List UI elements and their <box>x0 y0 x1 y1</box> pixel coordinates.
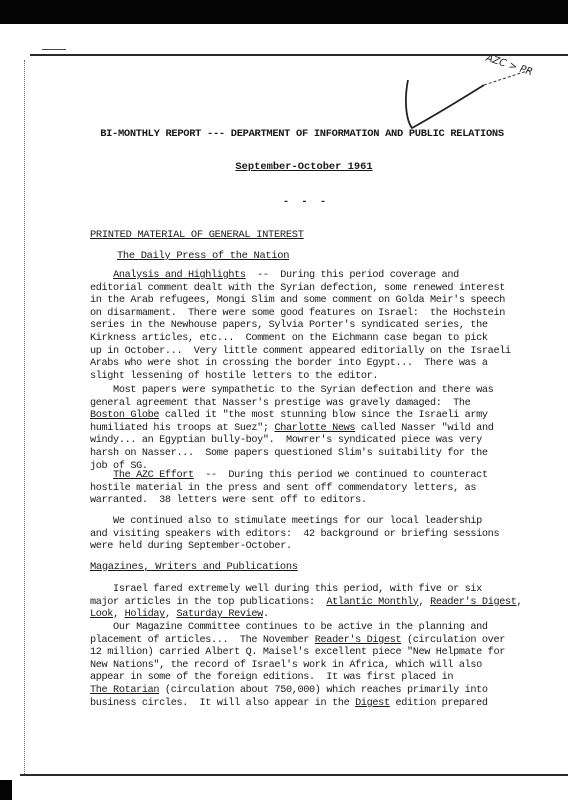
text-line: Our Magazine Committee continues to be a… <box>90 622 520 635</box>
text-line: up in October... Very little comment app… <box>90 346 520 359</box>
text-line: slight lessening of hostile letters to t… <box>90 371 520 384</box>
text-line: business circles. It will also appear in… <box>90 698 520 711</box>
text-line: hostile material in the press and sent o… <box>90 483 520 496</box>
scan-top-border <box>0 0 568 24</box>
text-line: Boston Globe called it "the most stunnin… <box>90 410 520 423</box>
section-heading: PRINTED MATERIAL OF GENERAL INTEREST <box>90 229 304 241</box>
text-line: Look, Holiday, Saturday Review. <box>90 609 520 622</box>
text-line: The Rotarian (circulation about 750,000)… <box>90 685 520 698</box>
text-line: We continued also to stimulate meetings … <box>90 516 520 529</box>
paragraph-syrian-defection: Most papers were sympathetic to the Syri… <box>90 385 520 473</box>
paragraph-magazines: Israel fared extremely well during this … <box>90 584 520 622</box>
paragraph-analysis: Analysis and Highlights -- During this p… <box>90 270 520 383</box>
text-line: appear in some of the foreign editions. … <box>90 672 520 685</box>
scan-bottom-corner <box>0 780 12 800</box>
subsection-heading-daily-press: The Daily Press of the Nation <box>117 250 289 262</box>
text-line: 12 million) carried Albert Q. Maisel's e… <box>90 647 520 660</box>
header-rule-short <box>42 49 66 50</box>
text-line: general agreement that Nasser's prestige… <box>90 398 520 411</box>
text-line: Arabs who were shot in crossing the bord… <box>90 358 520 371</box>
text-line: humiliated his troops at Suez"; Charlott… <box>90 423 520 436</box>
text-line: New Nations", the record of Israel's wor… <box>90 660 520 673</box>
paragraph-meetings: We continued also to stimulate meetings … <box>90 516 520 554</box>
text-line: major articles in the top publications: … <box>90 597 520 610</box>
separator: - - - <box>0 196 568 208</box>
report-title: BI-MONTHLY REPORT --- DEPARTMENT OF INFO… <box>0 128 568 140</box>
text-line: Israel fared extremely well during this … <box>90 584 520 597</box>
text-line: were held during September-October. <box>90 541 520 554</box>
text-line: windy... an Egyptian bully-boy". Mowrer'… <box>90 435 520 448</box>
paragraph-magazine-committee: Our Magazine Committee continues to be a… <box>90 622 520 710</box>
report-title-text: BI-MONTHLY REPORT --- DEPARTMENT OF INFO… <box>64 128 504 140</box>
text-line: series in the Newhouse papers, Sylvia Po… <box>90 320 520 333</box>
text-line: placement of articles... The November Re… <box>90 635 520 648</box>
text-line: Analysis and Highlights -- During this p… <box>90 270 520 283</box>
text-line: Kirkness articles, etc... Comment on the… <box>90 333 520 346</box>
paragraph-azc-effort: The AZC Effort -- During this period we … <box>90 470 520 508</box>
text-line: Most papers were sympathetic to the Syri… <box>90 385 520 398</box>
subsection-heading-magazines: Magazines, Writers and Publications <box>90 561 298 573</box>
text-line: The AZC Effort -- During this period we … <box>90 470 520 483</box>
text-line: harsh on Nasser... Some papers questione… <box>90 448 520 461</box>
text-line: in the Arab refugees, Mongi Slim and som… <box>90 295 520 308</box>
text-line: and visiting speakers with editors: 42 b… <box>90 529 520 542</box>
report-date: September-October 1961 <box>0 161 568 173</box>
text-line: on disarmament. There were some good fea… <box>90 308 520 321</box>
text-line: warranted. 38 letters were sent off to e… <box>90 495 520 508</box>
text-line: editorial comment dealt with the Syrian … <box>90 283 520 296</box>
footer-rule <box>20 774 568 776</box>
